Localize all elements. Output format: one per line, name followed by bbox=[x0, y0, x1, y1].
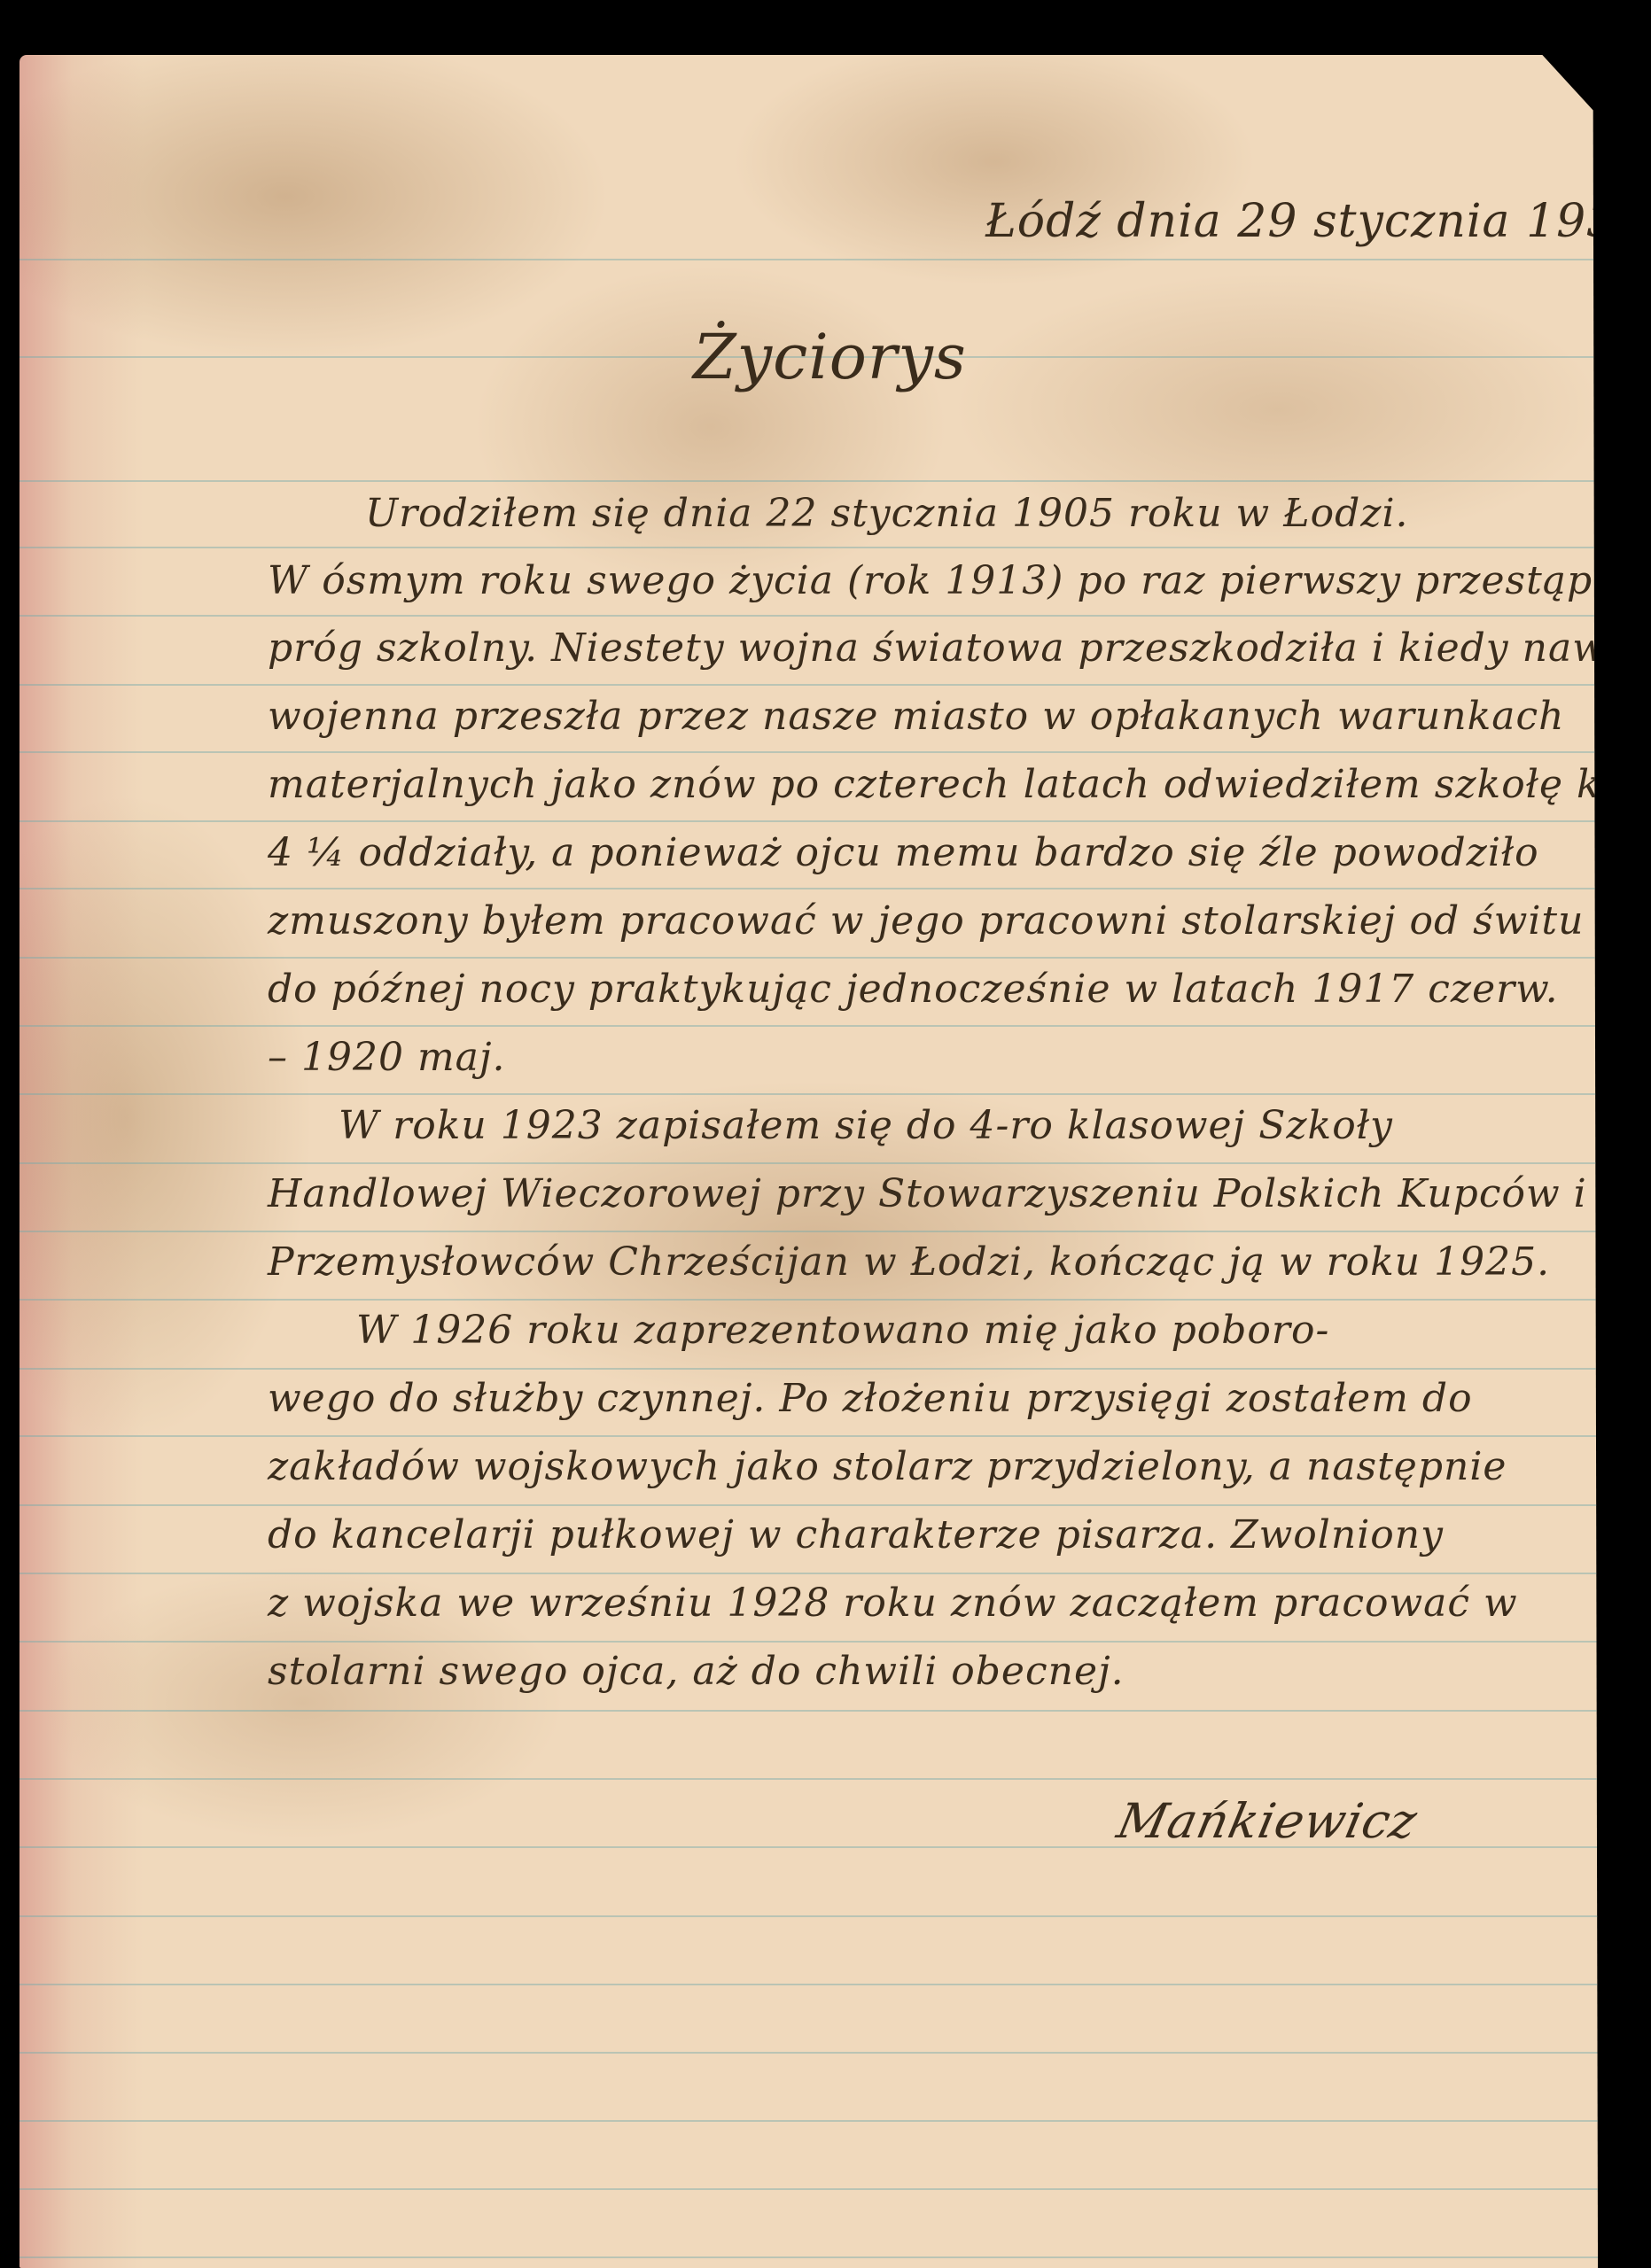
ruled-line bbox=[19, 684, 1606, 686]
body-line: do kancelarji pułkowej w charakterze pis… bbox=[268, 1512, 1444, 1557]
ruled-line bbox=[19, 820, 1606, 822]
body-line: do późnej nocy praktykując jednocześnie … bbox=[268, 967, 1559, 1012]
body-line: zmuszony byłem pracować w jego pracowni … bbox=[268, 898, 1584, 944]
ruled-line bbox=[19, 1778, 1606, 1780]
body-line: zakładów wojskowych jako stolarz przydzi… bbox=[268, 1444, 1507, 1489]
ruled-line bbox=[19, 1435, 1606, 1437]
ruled-line bbox=[19, 1368, 1606, 1370]
ruled-line bbox=[19, 1093, 1606, 1095]
ruled-line bbox=[19, 1231, 1606, 1232]
ruled-line bbox=[19, 615, 1606, 617]
ruled-line bbox=[19, 2256, 1606, 2258]
ruled-line bbox=[19, 259, 1606, 260]
ruled-line bbox=[19, 1299, 1606, 1301]
body-line: W ósmym roku swego życia (rok 1913) po r… bbox=[268, 558, 1651, 603]
ruled-line bbox=[19, 1025, 1606, 1027]
ruled-line bbox=[19, 480, 1606, 482]
body-line: Urodziłem się dnia 22 stycznia 1905 roku… bbox=[365, 491, 1409, 536]
body-line: W roku 1923 zapisałem się do 4-ro klasow… bbox=[339, 1103, 1393, 1148]
ruled-line bbox=[19, 2188, 1606, 2190]
body-line: materjalnych jako znów po czterech latac… bbox=[268, 762, 1651, 807]
ruled-line bbox=[19, 888, 1606, 889]
ruled-line bbox=[19, 751, 1606, 753]
ruled-line bbox=[19, 1915, 1606, 1917]
body-line: próg szkolny. Niestety wojna światowa pr… bbox=[268, 625, 1651, 671]
ruled-line bbox=[19, 1984, 1606, 1985]
body-line: – 1920 maj. bbox=[268, 1035, 506, 1080]
ruled-line bbox=[19, 2052, 1606, 2054]
body-line: wojenna przeszła przez nasze miasto w op… bbox=[268, 694, 1564, 739]
letter-page: Łódź dnia 29 stycznia 1931 r. Życiorys U… bbox=[19, 55, 1606, 2268]
signature: Mańkiewicz bbox=[1112, 1793, 1422, 1849]
ruled-line bbox=[19, 957, 1606, 959]
body-line: z wojska we wrześniu 1928 roku znów zacz… bbox=[268, 1581, 1518, 1626]
body-line: Przemysłowców Chrześcijan w Łodzi, kończ… bbox=[268, 1239, 1550, 1285]
ruled-line bbox=[19, 1641, 1606, 1643]
ruled-line bbox=[19, 1710, 1606, 1712]
place-date: Łódź dnia 29 stycznia 1931 r. bbox=[985, 195, 1651, 248]
ruled-line bbox=[19, 1504, 1606, 1506]
ruled-line bbox=[19, 2120, 1606, 2122]
ruled-line bbox=[19, 547, 1606, 548]
document-title: Życiorys bbox=[693, 321, 967, 393]
body-line: W 1926 roku zaprezentowano mię jako pobo… bbox=[356, 1308, 1329, 1353]
ruled-line bbox=[19, 1162, 1606, 1164]
body-line: wego do służby czynnej. Po złożeniu przy… bbox=[268, 1376, 1473, 1421]
body-line: Handlowej Wieczorowej przy Stowarzyszeni… bbox=[268, 1171, 1587, 1216]
body-line: 4 ¼ oddziały, a ponieważ ojcu memu bardz… bbox=[268, 830, 1539, 875]
body-line: stolarni swego ojca, aż do chwili obecne… bbox=[268, 1649, 1125, 1694]
ruled-line bbox=[19, 1573, 1606, 1574]
